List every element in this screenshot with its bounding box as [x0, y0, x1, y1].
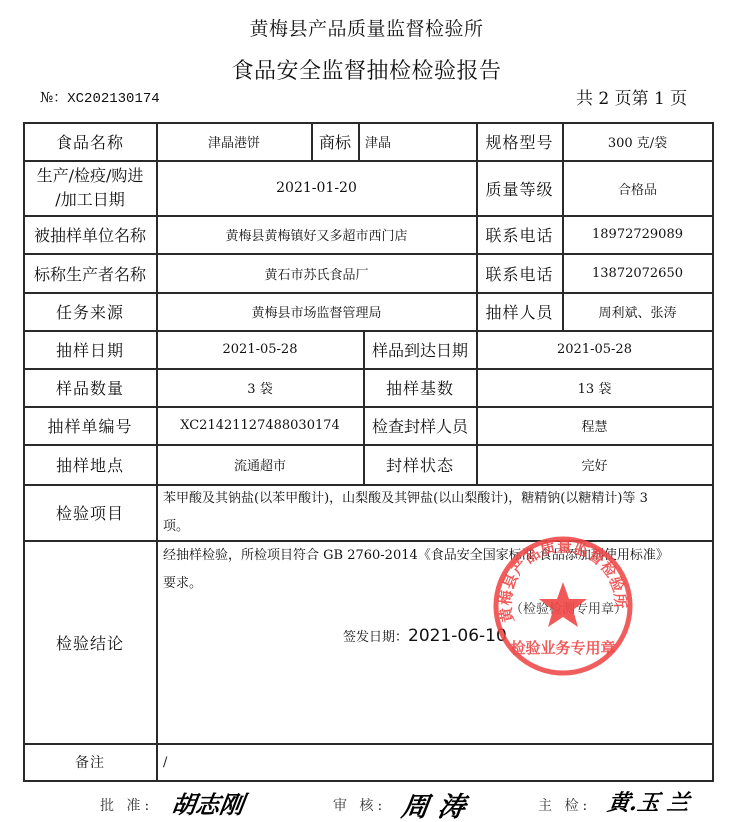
test-items-line1: 苯甲酸及其钠盐(以苯甲酸计)，山梨酸及其钾盐(以山梨酸计)，糖精钠(以糖精计)等…: [163, 485, 708, 513]
label-brand: 商标: [312, 123, 358, 160]
value-food-name: 津晶港饼: [157, 123, 311, 160]
label-task-source: 任务来源: [24, 293, 156, 330]
seal-placeholder-text: （检验检测专用章）: [510, 598, 627, 617]
report-number: №：XC202130174: [40, 87, 160, 107]
value-arrival-date: 2021-05-28: [477, 331, 712, 368]
issue-date: 签发日期：2021-06-10: [343, 626, 507, 646]
label-production-date: 生产/检疫/购进 /加工日期: [24, 161, 156, 215]
report-number-value: XC202130174: [67, 91, 159, 107]
label-sampling-number: 抽样单编号: [24, 407, 156, 444]
value-sampling-base: 13 袋: [477, 369, 712, 406]
value-sampled-unit-phone: 18972729089: [563, 216, 712, 253]
issue-date-label: 签发日期：: [343, 630, 408, 645]
report-number-label: №：: [40, 90, 67, 106]
value-sampled-unit: 黄梅县黄梅镇好又多超市西门店: [157, 216, 476, 253]
value-test-items: 苯甲酸及其钠盐(以苯甲酸计)，山梨酸及其钾盐(以山梨酸计)，糖精钠(以糖精计)等…: [163, 485, 708, 541]
value-production-date: 2021-01-20: [157, 161, 476, 215]
value-remarks: /: [157, 744, 712, 780]
label-quality-grade: 质量等级: [477, 161, 562, 215]
label-manufacturer-phone: 联系电话: [477, 254, 562, 292]
label-sampling-base: 抽样基数: [364, 369, 476, 406]
seal-bottom-text: 检验业务专用章: [510, 639, 615, 657]
label-sampling-place: 抽样地点: [24, 445, 156, 484]
chief-inspector-label: 主 检:: [538, 795, 591, 815]
value-manufacturer-phone: 13872072650: [563, 254, 712, 292]
label-test-items: 检验项目: [24, 485, 156, 540]
label-production-date-line2: /加工日期: [55, 188, 124, 212]
label-seal-inspector: 检查封样人员: [364, 407, 476, 444]
label-manufacturer: 标称生产者名称: [24, 254, 156, 292]
value-manufacturer: 黄石市苏氏食品厂: [157, 254, 476, 292]
review-label: 审 核:: [333, 795, 386, 815]
value-task-source: 黄梅县市场监督管理局: [157, 293, 476, 330]
page-indicator: 共 2 页第 1 页: [576, 84, 687, 109]
value-conclusion: 经抽样检验，所检项目符合 GB 2760-2014《食品安全国家标准 食品添加剂…: [163, 542, 708, 598]
label-food-name: 食品名称: [24, 123, 156, 160]
value-quality-grade: 合格品: [563, 161, 712, 215]
table-border-right: [712, 122, 714, 781]
value-brand: 津晶: [359, 123, 476, 160]
label-production-date-line1: 生产/检疫/购进: [37, 164, 144, 188]
test-items-line2: 项。: [163, 513, 708, 541]
label-sampling-date: 抽样日期: [24, 331, 156, 368]
issue-date-value: 2021-06-10: [408, 626, 507, 646]
chief-inspector-signature: 黄.玉 兰: [606, 786, 692, 817]
label-samplers: 抽样人员: [477, 293, 562, 330]
label-remarks: 备注: [24, 744, 156, 780]
table-border-bottom: [23, 780, 714, 782]
value-seal-state: 完好: [477, 445, 712, 484]
label-conclusion: 检验结论: [24, 541, 156, 743]
review-signature: 周 涛: [399, 785, 468, 822]
value-sampling-place: 流通超市: [157, 445, 363, 484]
value-sample-quantity: 3 袋: [157, 369, 363, 406]
value-samplers: 周利斌、张涛: [563, 293, 712, 330]
value-spec: 300 克/袋: [563, 123, 712, 160]
label-sample-quantity: 样品数量: [24, 369, 156, 406]
institution-name: 黄梅县产品质量监督检验所: [0, 14, 733, 41]
label-seal-state: 封样状态: [364, 445, 476, 484]
label-sampled-unit-phone: 联系电话: [477, 216, 562, 253]
label-arrival-date: 样品到达日期: [364, 331, 476, 368]
conclusion-line1: 经抽样检验，所检项目符合 GB 2760-2014《食品安全国家标准 食品添加剂…: [163, 542, 708, 570]
conclusion-line2: 要求。: [163, 570, 708, 598]
report-title: 食品安全监督抽检检验报告: [0, 54, 733, 85]
approve-label: 批 准:: [100, 795, 153, 815]
value-sampling-number: XC21421127488030174: [157, 407, 363, 444]
label-sampled-unit: 被抽样单位名称: [24, 216, 156, 253]
label-spec: 规格型号: [477, 123, 562, 160]
value-sampling-date: 2021-05-28: [157, 331, 363, 368]
value-seal-inspector: 程慧: [477, 407, 712, 444]
approve-signature: 胡志刚: [170, 785, 247, 820]
